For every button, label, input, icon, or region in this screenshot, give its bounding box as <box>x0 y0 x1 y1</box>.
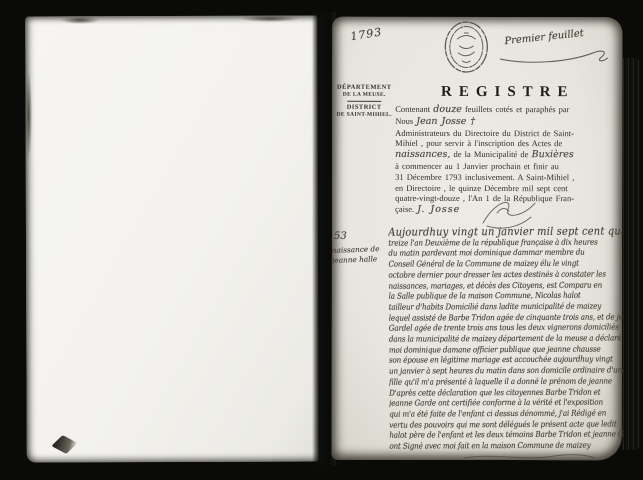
clerk-signature: J. Josse <box>417 204 460 215</box>
year-note: 1793 <box>350 25 384 43</box>
print-text: Nous <box>395 116 413 126</box>
preamble-line: Contenant douze feuillets cotés et parap… <box>395 104 629 116</box>
page-smudge <box>25 70 32 160</box>
preamble-line: à commencer au 1 Janvier prochain et fin… <box>395 161 629 172</box>
preamble-line: 31 Décembre 1793 inclusivement. A Saint-… <box>395 172 629 183</box>
preamble-line: naissances, de la Municipalité de Buxièr… <box>395 149 629 161</box>
preamble-line: en Directoire , le quinze Décembre mil s… <box>395 182 629 193</box>
register-page: 1793 Premier feuillet DÉPARTEMENT DE LA … <box>332 17 623 461</box>
department-label: DÉPARTEMENT <box>335 84 393 91</box>
first-folio-note: Premier feuillet <box>504 28 584 47</box>
birth-act-entry: Aujourdhuy vingt un janvier mil sept cen… <box>388 226 623 452</box>
print-text: çaise. <box>395 204 414 214</box>
blank-left-page <box>25 15 319 462</box>
handwritten-insert: Jean Josse † <box>416 116 475 127</box>
district-name: DE SAINT-MIHIEL. <box>335 112 393 118</box>
print-text: feuillets cotés et paraphés par <box>465 104 570 114</box>
signature-flourish-icon <box>477 195 541 231</box>
print-text: de la Municipalité de <box>453 149 528 159</box>
pen-flourish-icon <box>498 47 610 67</box>
preamble-line: Nous Jean Josse † <box>395 116 629 128</box>
register-title: REGISTRE <box>400 84 615 101</box>
department-name: DE LA MEUSE. <box>335 92 393 98</box>
closing-flourish-icon <box>462 451 598 463</box>
department-header: DÉPARTEMENT DE LA MEUSE. DISTRICT DE SAI… <box>335 84 393 118</box>
register-scan: 1793 Premier feuillet DÉPARTEMENT DE LA … <box>0 0 643 480</box>
print-text: Contenant <box>395 104 430 114</box>
margin-note-line: jeanne halle <box>332 253 394 265</box>
handwritten-insert: naissances, <box>395 149 450 160</box>
district-label: DISTRICT <box>335 104 393 111</box>
preamble-line: Administrateurs du Directoire du Distric… <box>395 127 629 138</box>
page-smudge <box>240 15 300 22</box>
handwritten-insert: Buxières <box>532 149 574 160</box>
act-margin-note: naissance de jeanne halle <box>332 244 395 265</box>
preamble-line: Mihiel , pour servir à l'inscription des… <box>395 138 629 149</box>
divider <box>347 100 381 101</box>
act-number: 53 <box>334 231 347 242</box>
official-stamp-icon <box>438 19 494 75</box>
page-smudge <box>60 16 100 24</box>
handwritten-insert: douze <box>433 104 462 115</box>
